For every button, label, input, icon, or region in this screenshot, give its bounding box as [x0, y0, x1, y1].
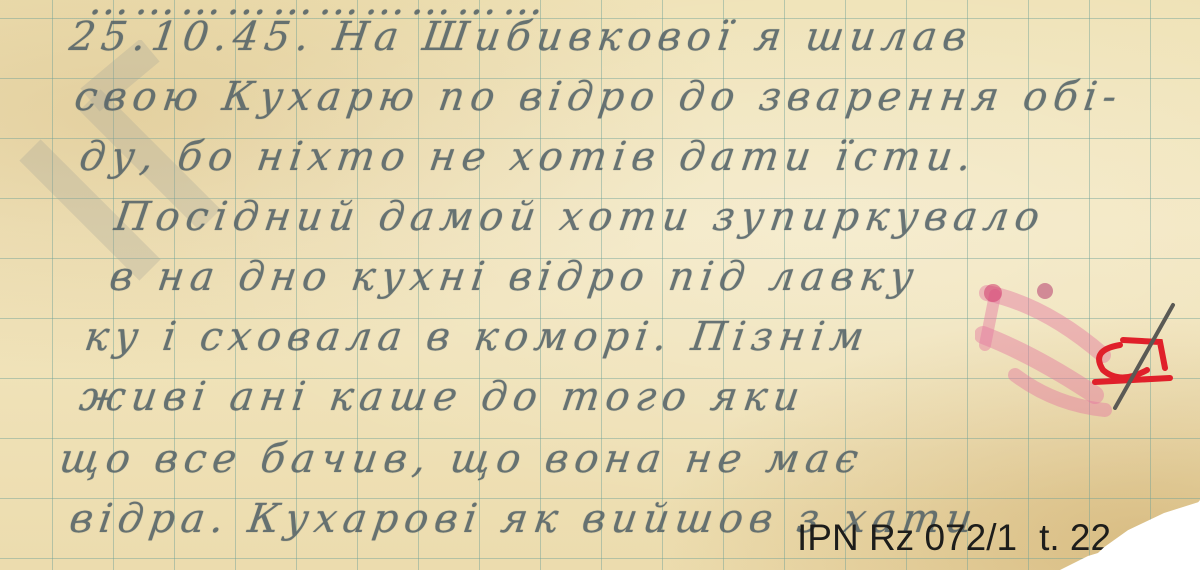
archive-reference-label: IPN Rz 072/1t. 22: [797, 517, 1111, 559]
handwritten-line: живі ані каше до того яки: [77, 374, 809, 420]
document-page: ………………………… 25.10.45. На Шибивкової я шил…: [0, 0, 1200, 570]
handwritten-line: Посідний дамой хоти зупиркувало: [112, 194, 1048, 240]
handwritten-line: ду, бо ніхто не хотів дати їсти.: [77, 134, 980, 180]
handwritten-line: в на дно кухні відро під лавку: [107, 254, 923, 300]
handwritten-text: ………………………… 25.10.45. На Шибивкової я шил…: [0, 0, 1200, 570]
handwritten-line: свою Кухарю по відро до зварення обі-: [72, 74, 1126, 120]
handwritten-line: що все бачив, що вона не має: [57, 436, 867, 482]
archive-signature: IPN Rz 072/1: [797, 517, 1017, 558]
archive-page-number: t. 22: [1039, 517, 1111, 558]
handwritten-line: ку і сховала в коморі. Пізнім: [82, 314, 873, 360]
handwritten-line-date: 25.10.45. На Шибивкової я шилав: [67, 14, 976, 60]
